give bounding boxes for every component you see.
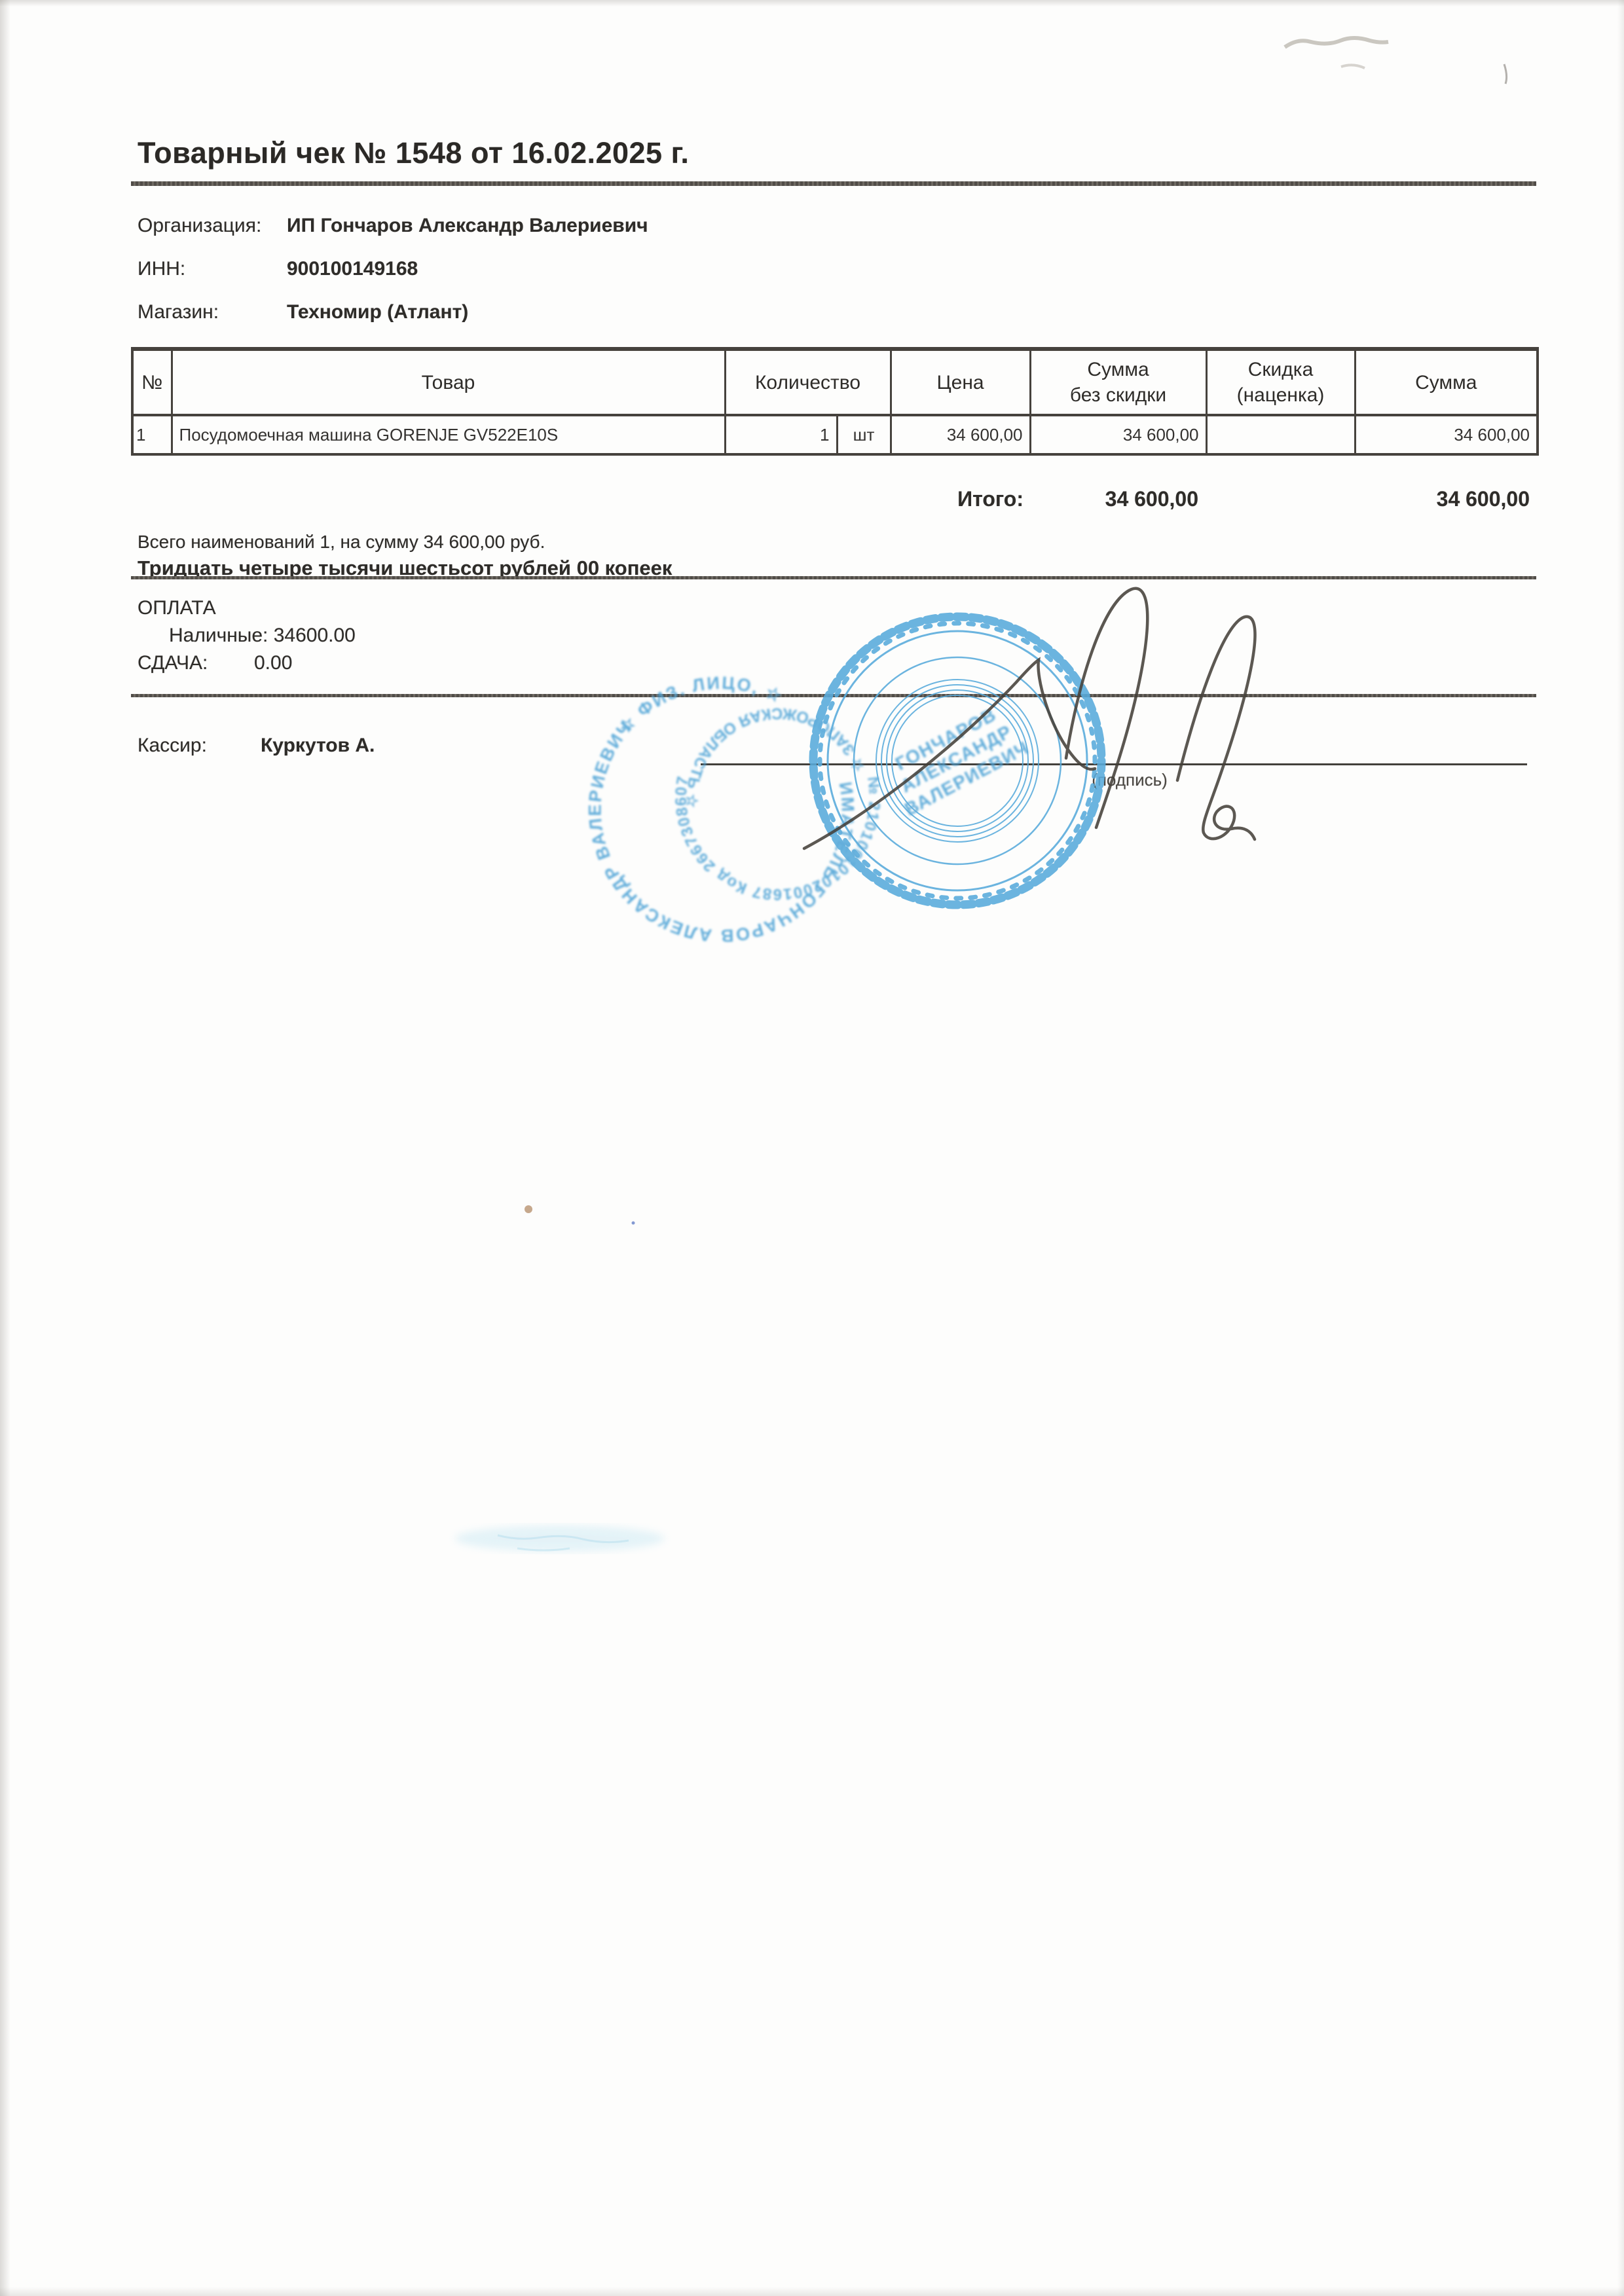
cashier-label: Кассир: bbox=[138, 735, 207, 757]
organization-value: ИП Гончаров Александр Валериевич bbox=[287, 215, 648, 237]
items-table-header-row: № Товар Количество Цена Сумма без скидки… bbox=[132, 349, 1538, 415]
table-row: 1 Посудомоечная машина GORENJE GV522E10S… bbox=[132, 415, 1538, 454]
page-edge-shade-bottom bbox=[0, 2287, 1624, 2296]
col-header-sum-no-discount: Сумма без скидки bbox=[1030, 349, 1206, 415]
stamp-name-line3: ВАЛЕРИЕВИЧ bbox=[901, 737, 1032, 820]
signature-stroke-diagonal bbox=[804, 660, 1095, 848]
col-header-number: № bbox=[132, 349, 172, 415]
inn-value: 900100149168 bbox=[287, 258, 418, 280]
shop-value: Техномир (Атлант) bbox=[287, 301, 468, 323]
stamp-outer-circle bbox=[803, 607, 1111, 915]
items-count-line: Всего наименований 1, на сумму 34 600,00… bbox=[138, 532, 545, 553]
signature-stroke-loop-left bbox=[1066, 589, 1147, 828]
stamp-scallop-ring-inner bbox=[794, 598, 1120, 924]
col-header-price: Цена bbox=[891, 349, 1030, 415]
stamp-thin-ring-3 bbox=[874, 677, 1041, 845]
stamp-region-text: ☆ ЗАПОРОЖСКАЯ ОБЛАСТЬ ☆ bbox=[665, 687, 870, 812]
col-header-product: Товар bbox=[172, 349, 725, 415]
handwritten-signature bbox=[804, 589, 1255, 848]
cell-price: 34 600,00 bbox=[891, 415, 1030, 454]
pencil-smudge-top-right bbox=[1285, 38, 1388, 47]
col-header-quantity: Количество bbox=[725, 349, 891, 415]
signature-caption: (подпись) bbox=[1025, 770, 1234, 790]
col-header-sum: Сумма bbox=[1355, 349, 1538, 415]
stamp-name-line2: АЛЕКСАНДР bbox=[897, 721, 1015, 796]
stamp-scallop-ring bbox=[786, 590, 1128, 932]
page-edge-shade-top bbox=[0, 0, 1624, 7]
inn-label: ИНН: bbox=[138, 258, 185, 280]
svg-text:рег. № 21010010102001687 Код 2: рег. № 21010010102001687 Код 2667308607 bbox=[665, 715, 984, 922]
signature-line bbox=[701, 763, 1527, 765]
change-value: 0.00 bbox=[254, 652, 292, 674]
cell-row-number: 1 bbox=[132, 415, 172, 454]
scan-artifacts bbox=[455, 38, 1507, 1552]
tan-speck bbox=[525, 1205, 532, 1213]
page-edge-shade-left bbox=[0, 0, 10, 2296]
shop-label: Магазин: bbox=[138, 301, 219, 323]
stamp-ring-bottom-text: ☆ ФИЗ. ЛИЦО, ☆ bbox=[608, 657, 790, 741]
pencil-tick-top-right bbox=[1504, 64, 1507, 84]
cell-sum: 34 600,00 bbox=[1355, 415, 1538, 454]
receipt-scan-page: Товарный чек № 1548 от 16.02.2025 г. Орг… bbox=[0, 0, 1624, 2296]
signature-stroke-loop-right bbox=[1177, 617, 1255, 839]
total-sum: 34 600,00 bbox=[1349, 487, 1530, 511]
stamp-thin-ring-2 bbox=[867, 670, 1047, 850]
blue-speck bbox=[632, 1222, 635, 1225]
payment-cash-line: Наличные: 34600.00 bbox=[169, 625, 356, 647]
stamp-thin-ring-4 bbox=[879, 683, 1035, 838]
stamp-and-signature-overlay: ПРЕДПРИНИМАТЕЛЬ ГОНЧАРОВ АЛЕКСАНДР ВАЛЕР… bbox=[0, 0, 1624, 2296]
payment-title: ОПЛАТА bbox=[138, 597, 216, 619]
items-table: № Товар Количество Цена Сумма без скидки… bbox=[131, 347, 1539, 456]
svg-text:☆ ЗАПОРОЖСКАЯ ОБЛАСТЬ ☆: ☆ ЗАПОРОЖСКАЯ ОБЛАСТЬ ☆ bbox=[665, 687, 870, 812]
change-label: СДАЧА: bbox=[138, 652, 208, 674]
payment-divider-top bbox=[131, 576, 1536, 579]
title-divider-line bbox=[131, 181, 1536, 186]
cell-product-name: Посудомоечная машина GORENJE GV522E10S bbox=[172, 415, 725, 454]
total-sum-no-discount: 34 600,00 bbox=[1020, 487, 1198, 511]
cell-discount bbox=[1206, 415, 1355, 454]
payment-divider-bottom bbox=[131, 694, 1536, 697]
cell-unit: шт bbox=[837, 415, 891, 454]
receipt-title: Товарный чек № 1548 от 16.02.2025 г. bbox=[138, 136, 689, 170]
cashier-value: Куркутов А. bbox=[261, 735, 375, 757]
stamp-middle-circle bbox=[835, 638, 1080, 884]
faint-blue-streak bbox=[455, 1525, 665, 1552]
pencil-smudge-top-right-2 bbox=[1341, 65, 1365, 68]
stamp-registration-text: рег. № 21010010102001687 Код 2667308607 bbox=[665, 715, 984, 922]
organization-label: Организация: bbox=[138, 215, 261, 237]
cell-sum-no-discount: 34 600,00 bbox=[1030, 415, 1206, 454]
svg-text:☆ ФИЗ. ЛИЦО, ☆: ☆ ФИЗ. ЛИЦО, ☆ bbox=[608, 657, 790, 741]
page-edge-shade-right bbox=[1617, 0, 1624, 2296]
total-label: Итого: bbox=[864, 487, 1024, 511]
col-header-discount: Скидка (наценка) bbox=[1206, 349, 1355, 415]
faint-blue-streak-dashes bbox=[498, 1535, 629, 1550]
cell-quantity: 1 bbox=[725, 415, 837, 454]
